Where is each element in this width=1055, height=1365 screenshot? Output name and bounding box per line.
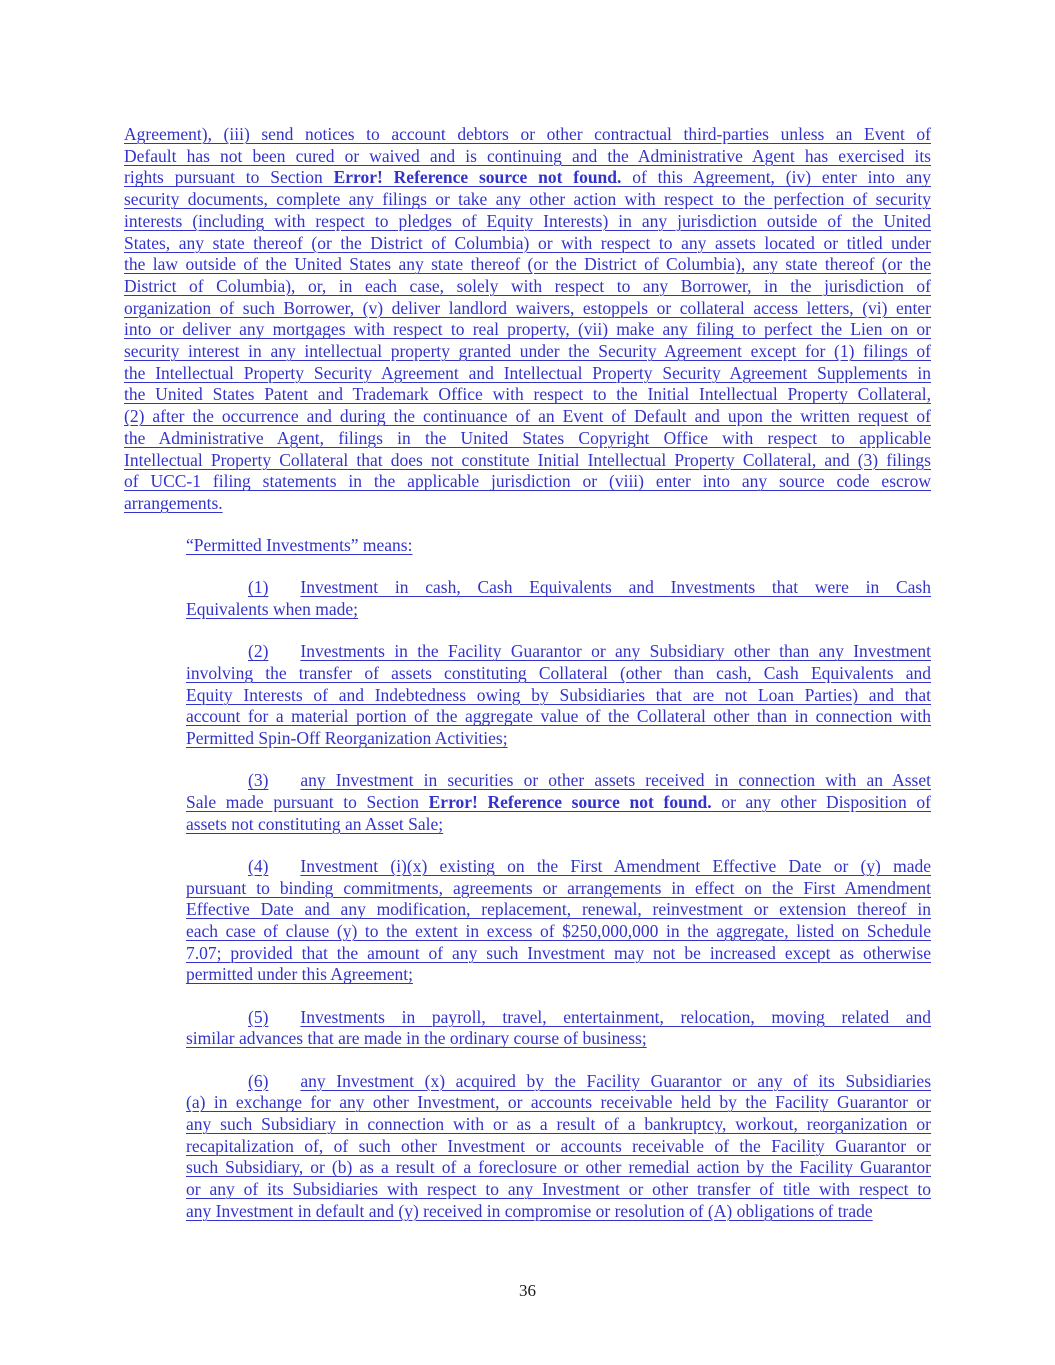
text-segment: involving the transfer of assets constit…	[186, 663, 931, 683]
text-segment: the law outside of the United States any…	[124, 254, 931, 274]
text-segment: 7.07; provided that the amount of any su…	[186, 943, 931, 963]
text-line: each case of clause (y) to the extent in…	[186, 921, 931, 943]
text-segment: “Permitted Investments” means:	[186, 535, 412, 555]
text-line: States, any state thereof (or the Distri…	[124, 233, 931, 255]
text-line: any such Subsidiary in connection with o…	[186, 1114, 931, 1136]
text-line: the Intellectual Property Security Agree…	[124, 363, 931, 385]
text-line: rights pursuant to Section Error! Refere…	[124, 167, 931, 189]
text-line: Sale made pursuant to Section Error! Ref…	[186, 792, 931, 814]
text-line: (2) after the occurrence and during the …	[124, 406, 931, 428]
text-segment: Investments in the Facility Guarantor or…	[300, 641, 931, 661]
text-segment: such Subsidiary, or (b) as a result of a…	[186, 1157, 931, 1177]
text-segment: the United States Patent and Trademark O…	[124, 384, 931, 404]
text-line: District of Columbia), or, in each case,…	[124, 276, 931, 298]
text-segment: interests (including with respect to ple…	[124, 211, 931, 231]
text-segment: Investment in cash, Cash Equivalents and…	[300, 577, 931, 597]
text-line: Equity Interests of and Indebtedness owi…	[186, 685, 931, 707]
paragraph: (3)any Investment in securities or other…	[186, 770, 931, 835]
page-number: 36	[0, 1280, 1055, 1301]
text-segment: any Investment in default and (y) receiv…	[186, 1201, 873, 1221]
text-line: (5)Investments in payroll, travel, enter…	[186, 1007, 931, 1029]
text-line: (3)any Investment in securities or other…	[186, 770, 931, 792]
paragraph: (2)Investments in the Facility Guarantor…	[186, 641, 931, 750]
text-line: such Subsidiary, or (b) as a result of a…	[186, 1157, 931, 1179]
text-segment: (3)	[248, 770, 268, 790]
text-segment: (2) after the occurrence and during the …	[124, 406, 931, 426]
text-line: the Administrative Agent, filings in the…	[124, 428, 931, 450]
text-segment: account for a material portion of the ag…	[186, 706, 931, 726]
text-segment: District of Columbia), or, in each case,…	[124, 276, 931, 296]
text-line: “Permitted Investments” means:	[124, 535, 931, 557]
text-segment: any Investment (x) acquired by the Facil…	[300, 1071, 931, 1091]
text-segment: Permitted Spin-Off Reorganization Activi…	[186, 728, 508, 748]
document-body: Agreement), (iii) send notices to accoun…	[124, 124, 931, 1222]
text-segment: Equivalents when made;	[186, 599, 358, 619]
text-line: any Investment in default and (y) receiv…	[186, 1201, 931, 1223]
text-line: similar advances that are made in the or…	[186, 1028, 931, 1050]
text-segment: similar advances that are made in the or…	[186, 1028, 647, 1048]
text-line: Agreement), (iii) send notices to accoun…	[124, 124, 931, 146]
text-line: arrangements.	[124, 493, 931, 515]
text-segment: security documents, complete any filings…	[124, 189, 931, 209]
text-segment: Default has not been cured or waived and…	[124, 146, 931, 166]
error-reference-text: Error! Reference source not found.	[334, 167, 622, 187]
text-segment: Investments in payroll, travel, entertai…	[300, 1007, 931, 1027]
paragraph: Agreement), (iii) send notices to accoun…	[124, 124, 931, 515]
text-line: organization of such Borrower, (v) deliv…	[124, 298, 931, 320]
text-segment: the Administrative Agent, filings in the…	[124, 428, 931, 448]
text-line: 7.07; provided that the amount of any su…	[186, 943, 931, 965]
text-line: Default has not been cured or waived and…	[124, 146, 931, 168]
text-segment: (6)	[248, 1071, 268, 1091]
text-segment: pursuant to binding commitments, agreeme…	[186, 878, 931, 898]
text-segment: assets not constituting an Asset Sale;	[186, 814, 443, 834]
text-segment: Investment (i)(x) existing on the First …	[300, 856, 931, 876]
text-segment: permitted under this Agreement;	[186, 964, 413, 984]
text-line: interests (including with respect to ple…	[124, 211, 931, 233]
text-segment: arrangements.	[124, 493, 223, 513]
text-line: of UCC-1 filing statements in the applic…	[124, 471, 931, 493]
text-segment: or any other Disposition of	[712, 792, 931, 812]
text-segment: security interest in any intellectual pr…	[124, 341, 931, 361]
text-line: recapitalization of, of such other Inves…	[186, 1136, 931, 1158]
text-line: account for a material portion of the ag…	[186, 706, 931, 728]
text-line: Effective Date and any modification, rep…	[186, 899, 931, 921]
text-segment: Agreement), (iii) send notices to accoun…	[124, 124, 931, 144]
text-segment: States, any state thereof (or the Distri…	[124, 233, 931, 253]
error-reference-text: Error! Reference source not found.	[429, 792, 712, 812]
text-line: the United States Patent and Trademark O…	[124, 384, 931, 406]
text-line: into or deliver any mortgages with respe…	[124, 319, 931, 341]
paragraph: (1)Investment in cash, Cash Equivalents …	[186, 577, 931, 620]
paragraph: (6)any Investment (x) acquired by the Fa…	[186, 1071, 931, 1223]
paragraph: “Permitted Investments” means:	[124, 535, 931, 557]
text-segment: the Intellectual Property Security Agree…	[124, 363, 931, 383]
text-segment: Equity Interests of and Indebtedness owi…	[186, 685, 931, 705]
text-line: (2)Investments in the Facility Guarantor…	[186, 641, 931, 663]
text-segment: Intellectual Property Collateral that do…	[124, 450, 931, 470]
text-segment: recapitalization of, of such other Inves…	[186, 1136, 931, 1156]
text-line: the law outside of the United States any…	[124, 254, 931, 276]
text-line: security documents, complete any filings…	[124, 189, 931, 211]
text-line: pursuant to binding commitments, agreeme…	[186, 878, 931, 900]
text-segment: Sale made pursuant to Section	[186, 792, 429, 812]
document-page: Agreement), (iii) send notices to accoun…	[0, 0, 1055, 1365]
text-segment: (a) in exchange for any other Investment…	[186, 1092, 931, 1112]
text-line: Equivalents when made;	[186, 599, 931, 621]
text-line: assets not constituting an Asset Sale;	[186, 814, 931, 836]
text-segment: into or deliver any mortgages with respe…	[124, 319, 931, 339]
text-segment: (1)	[248, 577, 268, 597]
text-segment: any Investment in securities or other as…	[300, 770, 931, 790]
text-line: involving the transfer of assets constit…	[186, 663, 931, 685]
paragraph: (5)Investments in payroll, travel, enter…	[186, 1007, 931, 1050]
text-line: (4)Investment (i)(x) existing on the Fir…	[186, 856, 931, 878]
text-line: or any of its Subsidiaries with respect …	[186, 1179, 931, 1201]
paragraph: (4)Investment (i)(x) existing on the Fir…	[186, 856, 931, 986]
text-line: security interest in any intellectual pr…	[124, 341, 931, 363]
text-line: Intellectual Property Collateral that do…	[124, 450, 931, 472]
text-segment: rights pursuant to Section	[124, 167, 334, 187]
text-line: (6)any Investment (x) acquired by the Fa…	[186, 1071, 931, 1093]
text-segment: (4)	[248, 856, 268, 876]
text-line: (1)Investment in cash, Cash Equivalents …	[186, 577, 931, 599]
text-segment: or any of its Subsidiaries with respect …	[186, 1179, 931, 1199]
text-segment: (5)	[248, 1007, 268, 1027]
text-segment: of this Agreement, (iv) enter into any	[621, 167, 931, 187]
text-segment: (2)	[248, 641, 268, 661]
text-line: permitted under this Agreement;	[186, 964, 931, 986]
text-segment: Effective Date and any modification, rep…	[186, 899, 931, 919]
text-segment: each case of clause (y) to the extent in…	[186, 921, 931, 941]
text-line: Permitted Spin-Off Reorganization Activi…	[186, 728, 931, 750]
text-line: (a) in exchange for any other Investment…	[186, 1092, 931, 1114]
text-segment: any such Subsidiary in connection with o…	[186, 1114, 931, 1134]
text-segment: organization of such Borrower, (v) deliv…	[124, 298, 931, 318]
text-segment: of UCC-1 filing statements in the applic…	[124, 471, 931, 491]
